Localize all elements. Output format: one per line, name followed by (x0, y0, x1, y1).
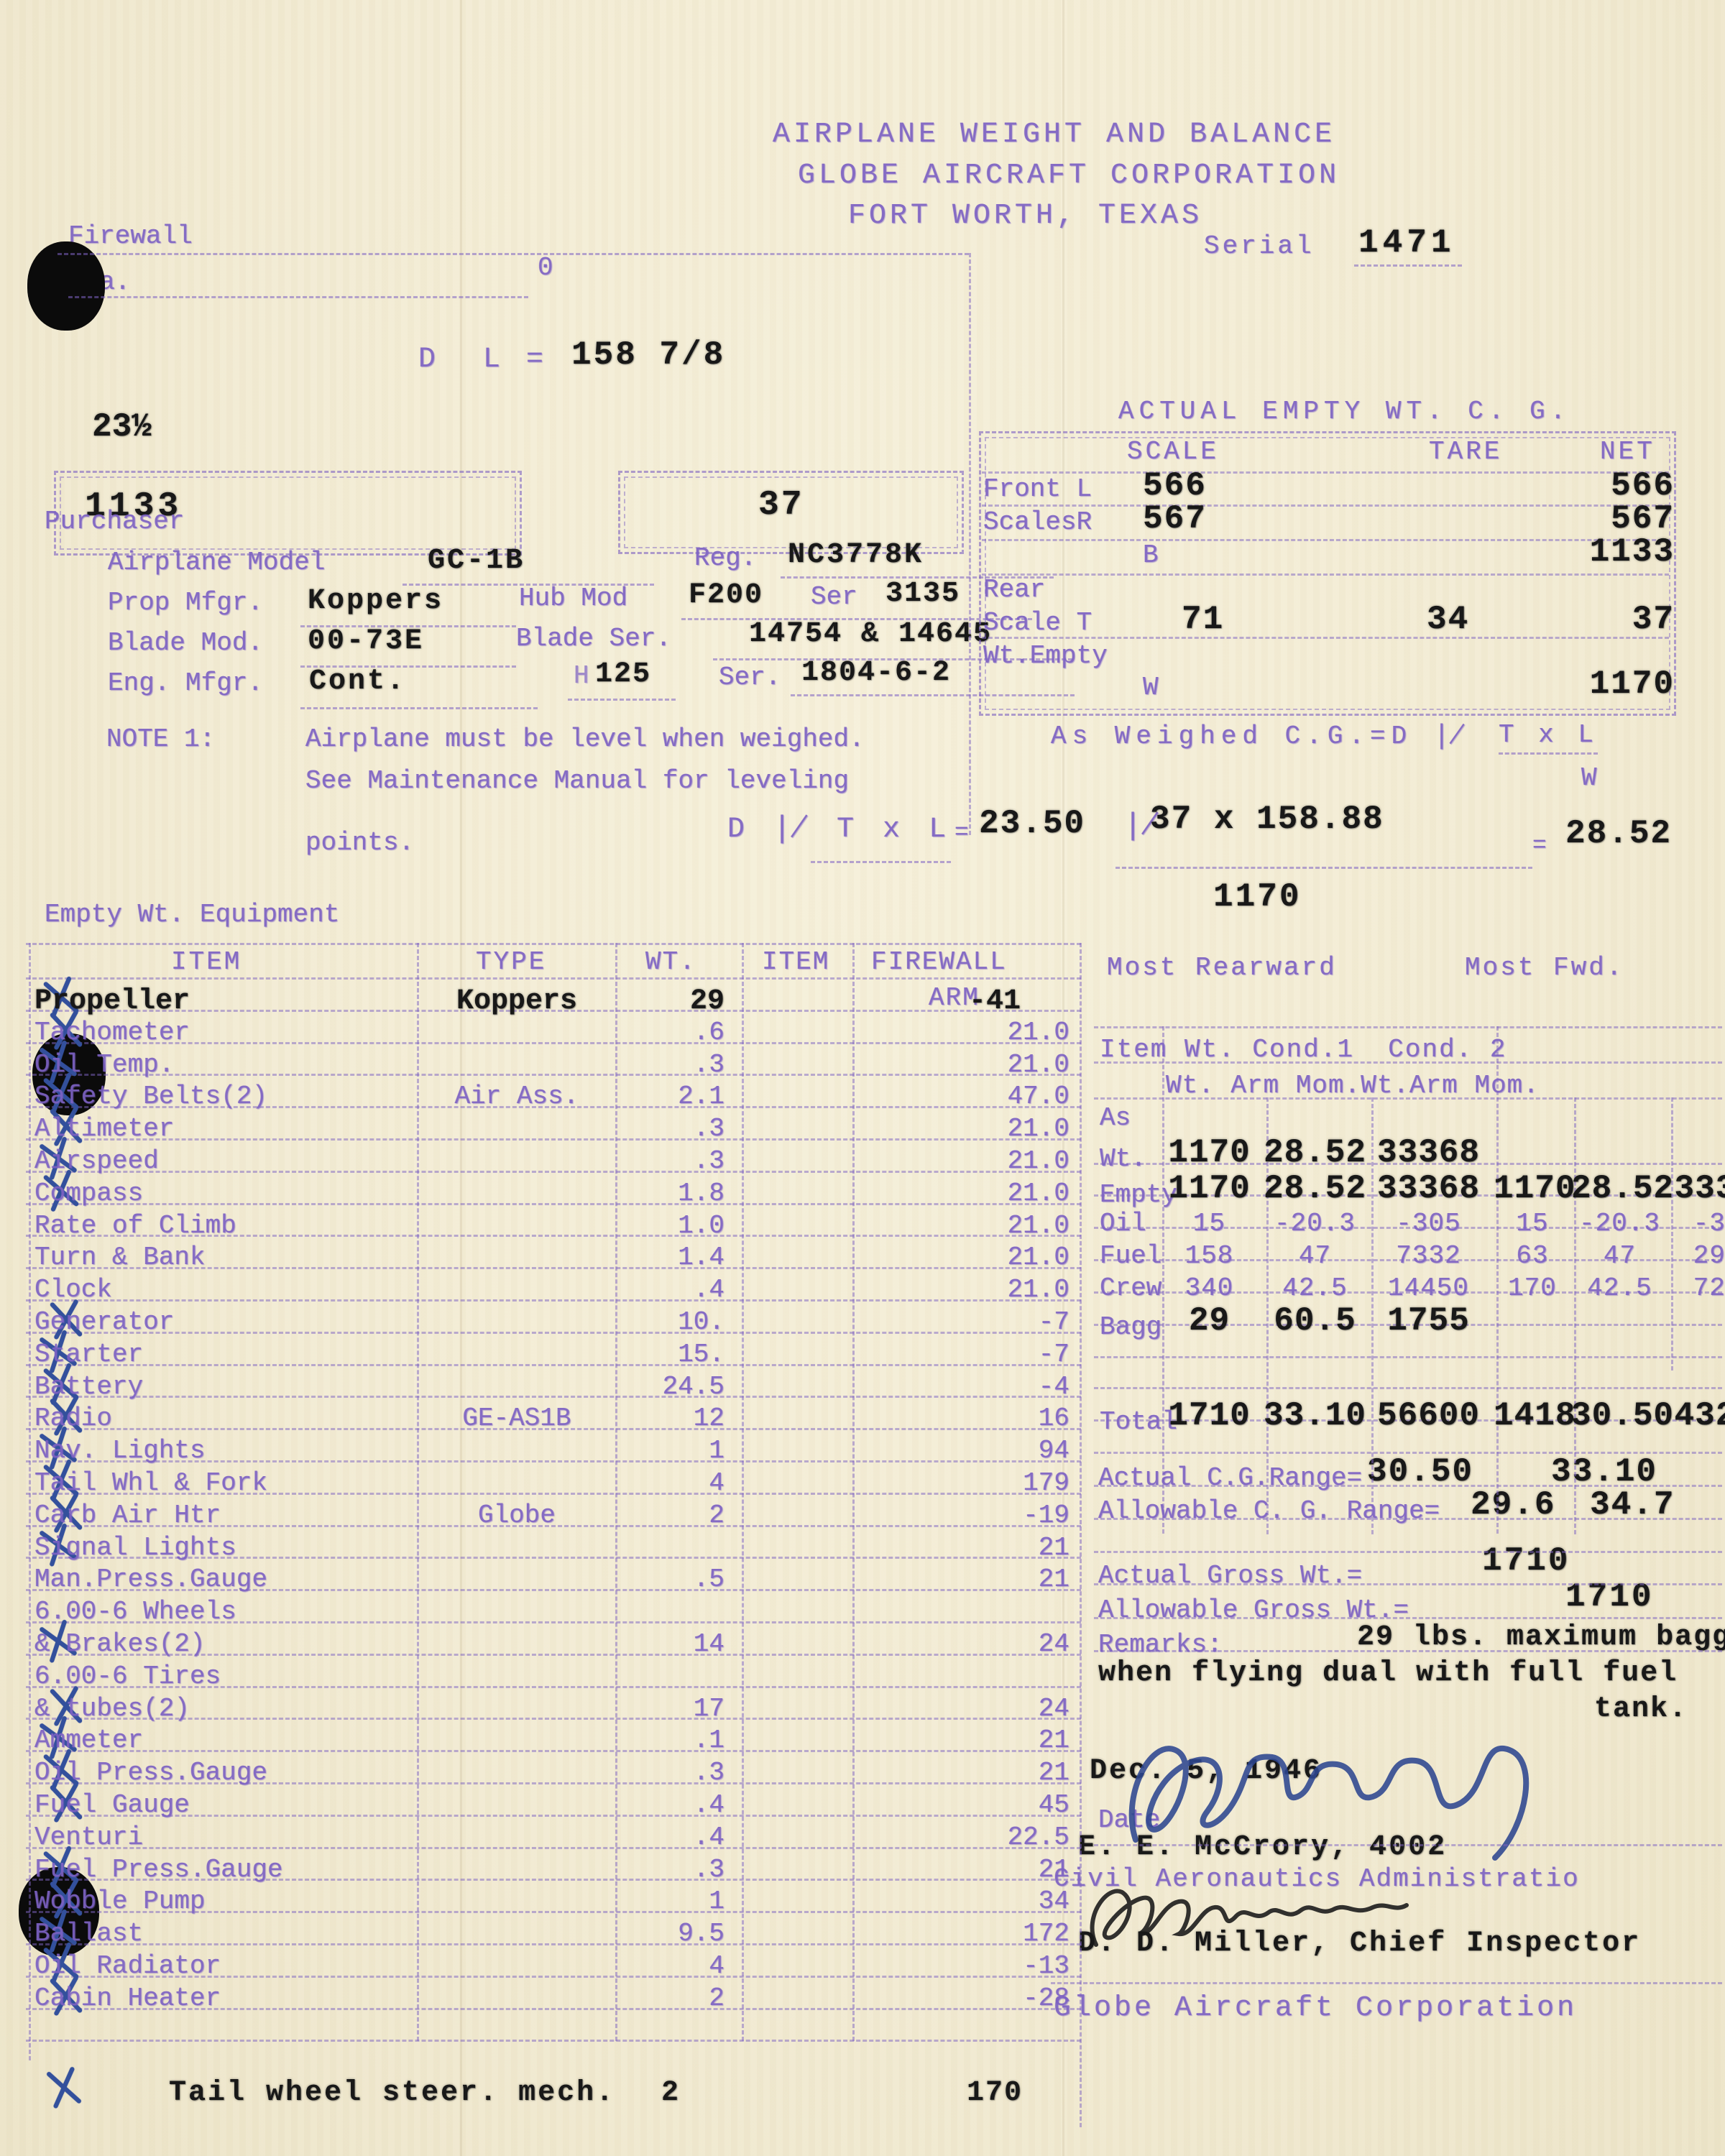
ewcg-scale-value: 566 (1143, 467, 1207, 505)
equipment-arm-value: 21.0 (855, 1179, 1069, 1208)
eng-ser-value: 1804-6-2 (801, 657, 951, 689)
ewcg-row-label: ScalesR (983, 507, 1092, 537)
equipment-arm-value: 21 (855, 1533, 1069, 1562)
paper-crease (460, 0, 462, 2156)
equipment-arm-value: -41 (855, 985, 1021, 1018)
equipment-wt-value: 14 (617, 1629, 724, 1659)
eng-model-value: 125 (595, 658, 651, 691)
cond-cell-value: 28.52 (1263, 1170, 1367, 1207)
blade-mod-label: Blade Mod. (108, 628, 263, 658)
table-column-line (29, 943, 31, 2060)
blade-ser-label: Blade Ser. (516, 624, 671, 653)
equipment-wt-value: 29 (617, 985, 724, 1018)
cond-row-line (1094, 1061, 1722, 1064)
equipment-arm-value: 179 (855, 1468, 1069, 1498)
equipment-arm-value: 21.0 (855, 1114, 1069, 1143)
ewcg-net-value: 1133 (1590, 533, 1675, 571)
cond-row-line (1094, 1617, 1722, 1619)
table-top-border (26, 943, 1081, 945)
equipment-type-value: Air Ass. (420, 1082, 613, 1111)
equipment-arm-value: 24 (855, 1629, 1069, 1659)
cond-row-line (1094, 1518, 1722, 1520)
company-line: GLOBE AIRCRAFT CORPORATION (798, 160, 1340, 192)
table-row-line (26, 2040, 1081, 2042)
actual-gross-wt-label: Actual Gross Wt.= (1098, 1561, 1362, 1590)
remarks-line2: when flying dual with full fuel (1098, 1657, 1678, 1690)
equipment-arm-value: 21.0 (855, 1275, 1069, 1304)
equipment-arm-value: 21.0 (855, 1018, 1069, 1047)
cond-cell-value: 28.52 (1571, 1170, 1668, 1207)
underline-rule (568, 699, 676, 701)
cond-cell-value: -305 (1366, 1209, 1491, 1238)
cond-cell-value: -20.3 (1263, 1209, 1367, 1238)
cond-cell-value: 1755 (1366, 1302, 1491, 1340)
cg-calc-result: 28.52 (1565, 815, 1672, 852)
equipment-arm-value: 21 (855, 1726, 1069, 1755)
underline-rule (300, 665, 516, 668)
airplane-model-value: GC-1B (428, 545, 525, 577)
equipment-wt-value: 17 (617, 1694, 724, 1723)
cond-cell-value: 14450 (1366, 1273, 1491, 1303)
ewcg-row-label: W (1143, 673, 1159, 702)
equipment-type-value: Koppers (420, 985, 613, 1018)
cond-column-line (1574, 1097, 1576, 1534)
equipment-wt-value: .3 (617, 1050, 724, 1079)
equipment-wt-value: 9.5 (617, 1919, 724, 1948)
cond-cell-value: 15 (1494, 1209, 1571, 1238)
serial-label: Serial (1204, 231, 1315, 261)
equipment-wt-value: 12 (617, 1404, 724, 1433)
cond-cell-value: 30.50 (1571, 1397, 1668, 1434)
cond-row-label: Fuel (1100, 1241, 1161, 1271)
hub-mod-value: F200 (689, 579, 763, 612)
ewcg-row-line (982, 573, 1669, 576)
ewcg-row-label: Scale T (983, 608, 1092, 637)
col-type: TYPE (476, 947, 546, 977)
equipment-type-value: GE-AS1B (420, 1404, 613, 1433)
company-line-rule (1051, 1982, 1722, 1984)
reg-label: Reg. (694, 543, 756, 573)
cond-cell-value: 47 (1571, 1241, 1668, 1271)
most-fwd-label: Most Fwd. (1465, 953, 1624, 982)
prop-mfgr-value: Koppers (308, 585, 443, 617)
cond-row-line (1094, 1583, 1722, 1585)
date-line (1094, 1844, 1722, 1846)
remarks-label: Remarks: (1098, 1630, 1223, 1659)
table-column-line (417, 943, 419, 2041)
equipment-item-label: Turn & Bank (34, 1243, 206, 1272)
most-rearward-label: Most Rearward (1107, 953, 1337, 982)
underline-rule (57, 253, 969, 255)
cond-row-line (1094, 1387, 1722, 1389)
equipment-wt-value: .3 (617, 1146, 724, 1176)
cond-row-label: Bagg (1100, 1312, 1161, 1342)
prop-mfgr-label: Prop Mfgr. (108, 588, 263, 617)
col-item: ITEM (171, 947, 241, 977)
equipment-item-label: & Brakes(2) (34, 1629, 206, 1659)
equipment-arm-value: -28 (855, 1984, 1069, 2013)
as-label: As (1100, 1103, 1131, 1133)
allowable-gross-wt-label: Allowable Gross Wt.= (1098, 1595, 1409, 1625)
ewcg-scale-value: 567 (1143, 500, 1207, 538)
ewcg-row-label: B (1143, 540, 1159, 570)
underline-rule (791, 694, 1075, 696)
underline-rule (300, 707, 538, 709)
doc-title: AIRPLANE WEIGHT AND BALANCE (773, 119, 1335, 151)
equipment-arm-value: -7 (855, 1340, 1069, 1369)
equipment-wt-value: 4 (617, 1468, 724, 1498)
ewcg-net-value: 566 (1611, 467, 1675, 505)
as-weighed-numerator: T x L (1499, 720, 1598, 755)
cond-row-label: Total (1100, 1407, 1177, 1437)
cond-row-label: Wt. (1100, 1144, 1146, 1174)
reg-value: NC3778K (788, 539, 924, 571)
hub-ser-value: 3135 (885, 578, 960, 610)
equipment-wt-value: 1 (617, 1886, 724, 1916)
company-name: Globe Aircraft Corporation (1054, 1992, 1577, 2024)
equipment-wt-value: 24.5 (617, 1372, 724, 1401)
equipment-wt-value: .3 (617, 1114, 724, 1143)
blade-mod-value: 00-73E (308, 625, 424, 658)
equipment-item-label: Fuel Gauge (34, 1790, 190, 1820)
cg-calc-denominator: 1170 (1213, 878, 1301, 916)
ewcg-row-label: Wt.Empty (983, 641, 1108, 671)
cond-cell-value: 60.5 (1263, 1302, 1367, 1340)
sta-value: 0 (538, 253, 553, 282)
city-line: FORT WORTH, TEXAS (848, 200, 1202, 232)
conditions-header2: Wt. Arm Mom.Wt.Arm Mom. (1166, 1071, 1540, 1100)
col-item2: ITEM (762, 947, 829, 977)
airplane-model-label: Airplane Model (108, 548, 325, 577)
cond-row-line (1094, 1026, 1722, 1028)
equipment-item-label: Cabin Heater (34, 1984, 221, 2013)
equipment-wt-value: 1 (617, 1436, 724, 1465)
equipment-wt-value: .4 (617, 1790, 724, 1820)
as-weighed-denominator: W (1581, 763, 1597, 793)
underline-rule (811, 861, 951, 863)
cond-cell-value: 33368 (1665, 1170, 1725, 1207)
cond-cell-value: 43249 (1665, 1397, 1725, 1434)
remarks-line3: tank. (1594, 1693, 1688, 1726)
equipment-arm-value: 24 (855, 1694, 1069, 1723)
ewcg-row-label: Front L (983, 474, 1092, 504)
empty-wt-cg-title: ACTUAL EMPTY WT. C. G. (1118, 397, 1570, 426)
ewcg-row-line (982, 505, 1669, 507)
equipment-wt-value: .1 (617, 1726, 724, 1755)
equipment-wt-value: 4 (617, 1951, 724, 1981)
cond-cell-value: 1170 (1168, 1170, 1251, 1207)
equipment-arm-value: 34 (855, 1886, 1069, 1916)
extra-row-label: Tail wheel steer. mech. (169, 2077, 615, 2109)
underline-rule (300, 625, 516, 627)
blade-ser-value: 14754 & 14645 (749, 618, 992, 650)
cg-calc-v2: 37 x 158.88 (1150, 801, 1384, 838)
cond-cell-value: -305 (1665, 1209, 1725, 1238)
hub-ser-label: Ser (811, 582, 857, 612)
ewcg-row-line (982, 471, 1669, 474)
extra-row-arm: 170 (967, 2077, 1023, 2109)
cond-cell-value: 170 (1494, 1273, 1571, 1303)
equipment-arm-value: 21.0 (855, 1211, 1069, 1240)
equipment-wt-value: 2 (617, 1501, 724, 1530)
actual-gross-wt-value: 1710 (1482, 1542, 1570, 1580)
cond-cell-value: 7225 (1665, 1273, 1725, 1303)
underline-rule (68, 296, 528, 298)
serial-value: 1471 (1358, 224, 1455, 262)
cond-cell-value: 33368 (1366, 1170, 1491, 1207)
ewcg-row-line (982, 539, 1669, 541)
equipment-arm-value: -19 (855, 1501, 1069, 1530)
equipment-arm-value: 21.0 (855, 1146, 1069, 1176)
ewcg-net-value: 1170 (1590, 665, 1675, 703)
cg-calc-v1: 23.50 (979, 805, 1085, 842)
table-row-line (26, 977, 1081, 980)
equipment-arm-value: 21 (855, 1855, 1069, 1884)
cond-row-line (1094, 1551, 1722, 1553)
cond-row-label: Empty (1100, 1180, 1177, 1210)
weight-and-balance-document: AIRPLANE WEIGHT AND BALANCE GLOBE AIRCRA… (0, 0, 1725, 2156)
equipment-arm-value: 47.0 (855, 1082, 1069, 1111)
col-tare: TARE (1429, 437, 1502, 466)
equipment-arm-value: 172 (855, 1919, 1069, 1948)
cond-row-line (1094, 1097, 1722, 1100)
inspector2-name: D. D. Miller, Chief Inspector (1078, 1927, 1641, 1960)
cond-cell-value: 15 (1168, 1209, 1251, 1238)
equipment-wt-value: .3 (617, 1758, 724, 1787)
cond-cell-value: 42.5 (1263, 1273, 1367, 1303)
table-column-line (1080, 943, 1082, 2127)
cond-cell-value: 2961 (1665, 1241, 1725, 1271)
equipment-section-title: Empty Wt. Equipment (45, 900, 339, 929)
cond-row-line (1094, 1452, 1722, 1454)
col-firewall: FIREWALL (871, 947, 1007, 977)
underline-rule (1354, 264, 1462, 267)
equipment-arm-value: 16 (855, 1404, 1069, 1433)
table-column-line (742, 943, 744, 2041)
equipment-arm-value: 21 (855, 1758, 1069, 1787)
dl-label: D L = (418, 344, 548, 376)
rear-net-value: 37 (758, 486, 804, 525)
underline-rule (681, 618, 1032, 620)
equipment-wt-value: .3 (617, 1855, 724, 1884)
equipment-wt-value: 1.0 (617, 1211, 724, 1240)
note-line3: points. (305, 828, 414, 857)
col-scale: SCALE (1127, 437, 1219, 466)
cond-cell-value: 29 (1168, 1302, 1251, 1340)
cond-cell-value: 56600 (1366, 1397, 1491, 1434)
underline-rule (1115, 867, 1532, 869)
equipment-arm-value: -4 (855, 1372, 1069, 1401)
equipment-wt-value: 2.1 (617, 1082, 724, 1111)
cond-row-label: Crew (1100, 1273, 1161, 1303)
equipment-wt-value: .6 (617, 1018, 724, 1047)
cg-calc-equals2: = (1532, 832, 1547, 859)
upper-box-right-edge (969, 253, 971, 835)
eng-model-prefix: H (574, 661, 589, 691)
equipment-item-label: Man.Press.Gauge (34, 1565, 267, 1594)
ewcg-scale-value: 71 (1182, 601, 1224, 638)
col-wt: WT. (645, 947, 696, 977)
cond-cell-value: 1710 (1168, 1397, 1251, 1434)
purchaser-label: Purchaser (45, 507, 184, 536)
equipment-wt-value: 1.4 (617, 1243, 724, 1272)
equipment-item-label: Rate of Climb (34, 1211, 236, 1240)
eng-mfgr-value: Cont. (309, 665, 406, 698)
cond-cell-value: 1170 (1494, 1170, 1571, 1207)
equipment-item-label: Signal Lights (34, 1533, 236, 1562)
equipment-wt-value: .4 (617, 1275, 724, 1304)
note-line1: Airplane must be level when weighed. (305, 724, 865, 754)
cond-cell-value: 1418 (1494, 1397, 1571, 1434)
allowable-cg-range-label: Allowable C. G. Range= (1098, 1496, 1440, 1526)
equipment-wt-value: 1.8 (617, 1179, 724, 1208)
cond-column-line (1162, 1026, 1164, 1534)
equipment-wt-value: 2 (617, 1984, 724, 2013)
cond-cell-value: 1170 (1168, 1134, 1251, 1171)
equipment-arm-value: 94 (855, 1436, 1069, 1465)
cond-row-line (1094, 1356, 1722, 1358)
equipment-arm-value: 21.0 (855, 1050, 1069, 1079)
ewcg-row-label: Rear (983, 575, 1045, 604)
underline-rule (402, 584, 654, 586)
firewall-label: Firewall (68, 221, 193, 251)
equipment-arm-value: -7 (855, 1307, 1069, 1337)
cond-cell-value: 28.52 (1263, 1134, 1367, 1171)
remarks-line1: 29 lbs. maximum baggage (1357, 1621, 1725, 1654)
conditions-header1: Item Wt. Cond.1 Cond. 2 (1100, 1035, 1506, 1064)
equipment-wt-value: 15. (617, 1340, 724, 1369)
wheel-arm-value: 23½ (92, 408, 152, 446)
hub-mod-label: Hub Mod (519, 584, 627, 613)
eng-mfgr-label: Eng. Mfgr. (108, 668, 263, 698)
cond-cell-value: -20.3 (1571, 1209, 1668, 1238)
ewcg-tare-value: 34 (1427, 601, 1469, 638)
equipment-wt-value: .5 (617, 1565, 724, 1594)
margin-x-mark-bottom (42, 2064, 85, 2111)
equipment-type-value: Globe (420, 1501, 613, 1530)
cond-cell-value: 47 (1263, 1241, 1367, 1271)
equipment-item-label: Compass (34, 1179, 143, 1208)
cond-row-line (1094, 1485, 1722, 1487)
extra-row-wt: 2 (661, 2077, 678, 2109)
ewcg-net-value: 37 (1632, 601, 1675, 638)
equipment-wt-value: .4 (617, 1823, 724, 1852)
cond-cell-value: 42.5 (1571, 1273, 1668, 1303)
equipment-arm-value: 45 (855, 1790, 1069, 1820)
cond-cell-value: 158 (1168, 1241, 1251, 1271)
equipment-arm-value: -13 (855, 1951, 1069, 1981)
cond-row-label: Oil (1100, 1209, 1146, 1238)
cg-calc-equals: = (954, 819, 969, 846)
cg-calc-lhs: D ∤ T x L (727, 811, 952, 846)
cond-row-line (1094, 1650, 1722, 1652)
ewcg-net-value: 567 (1611, 500, 1675, 538)
cond-cell-value: 7332 (1366, 1241, 1491, 1271)
note-label: NOTE 1: (106, 724, 215, 754)
equipment-arm-value: 21.0 (855, 1243, 1069, 1272)
cond-cell-value: 63 (1494, 1241, 1571, 1271)
inspector1-name: E. E. McCrory, 4002 (1078, 1831, 1447, 1864)
equipment-arm-value: 21 (855, 1565, 1069, 1594)
equipment-wt-value: 10. (617, 1307, 724, 1337)
equipment-arm-value: 22.5 (855, 1823, 1069, 1852)
cond-cell-value: 340 (1168, 1273, 1251, 1303)
cond-cell-value: 33.10 (1263, 1397, 1367, 1434)
actual-cg-range-label: Actual C.G.Range= (1098, 1463, 1362, 1493)
dl-value: 158 7/8 (571, 336, 725, 374)
col-net: NET (1600, 437, 1655, 466)
cond-cell-value: 33368 (1366, 1134, 1491, 1171)
note-line2: See Maintenance Manual for leveling (305, 766, 849, 796)
table-column-line (852, 943, 855, 2041)
eng-ser-label: Ser. (719, 663, 781, 692)
as-weighed-formula: As Weighed C.G.=D ∤ (1051, 720, 1471, 751)
